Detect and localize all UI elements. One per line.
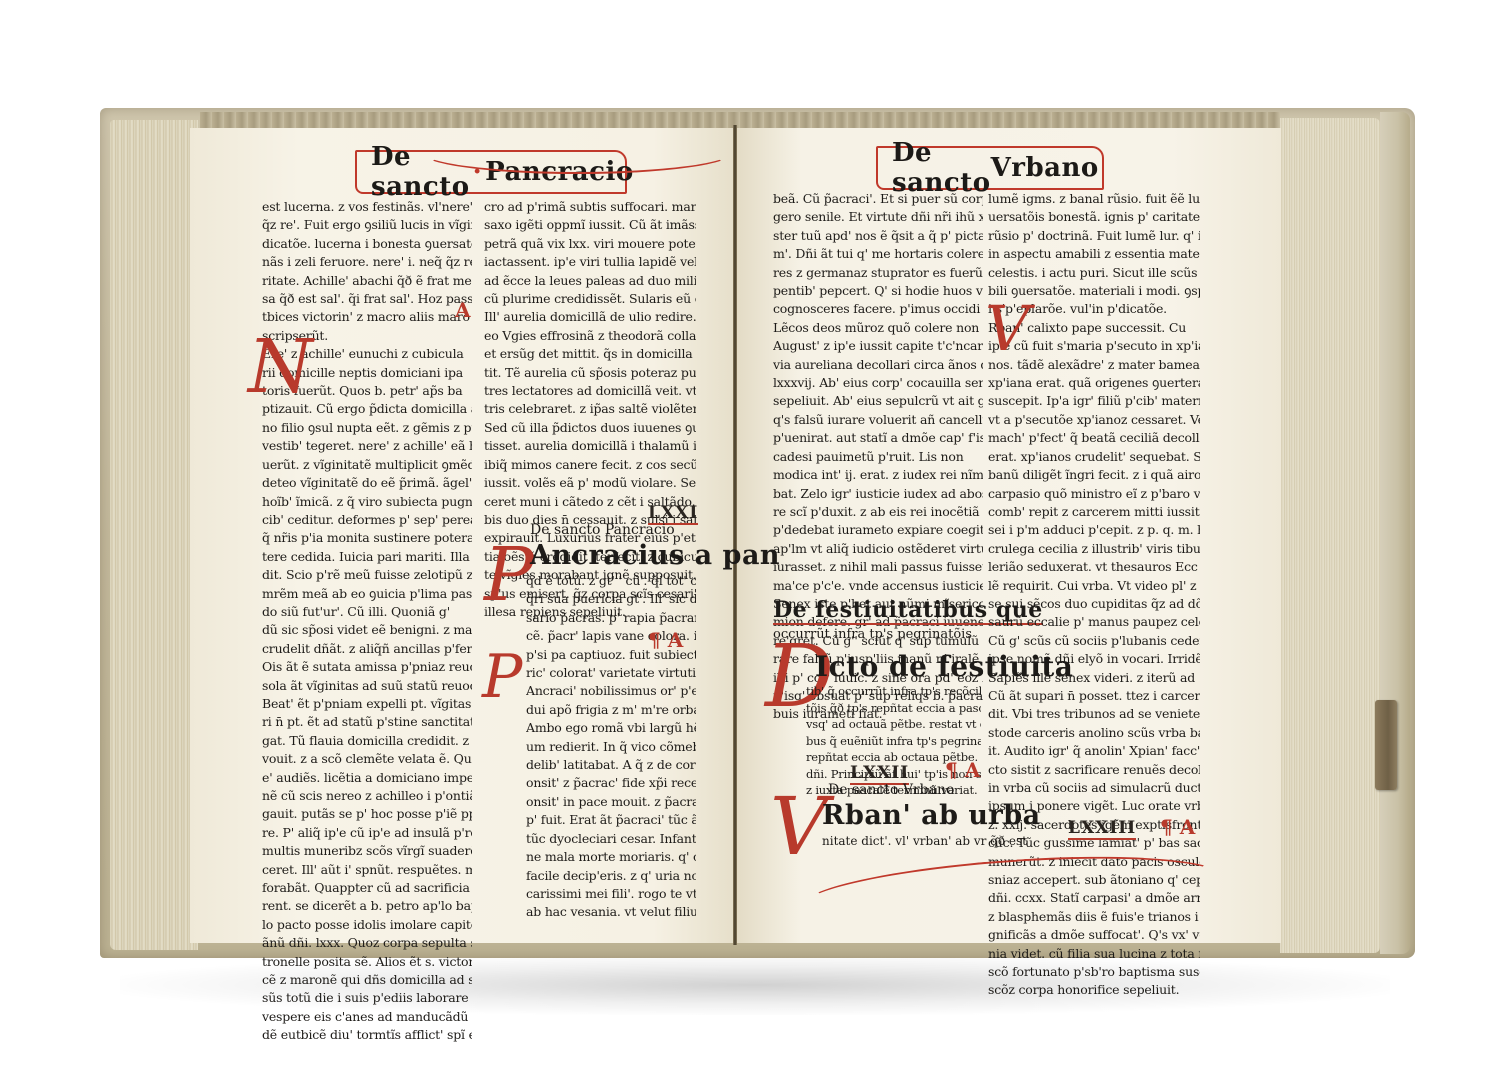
section-label-pancracio: De sancto Pancracio: [530, 522, 675, 538]
text-line: cognosceres facere. p'imus occidi iubere…: [773, 300, 983, 318]
text-line: um redierit. In q̃ vico cõmeb' papa cũ f…: [526, 738, 696, 756]
text-line: res z germanaz stuprator es fuerũt.: [773, 264, 983, 282]
text-line: dit. Vbi tres tribunos ad se venietes cũ…: [988, 705, 1200, 723]
paragraph-mark: A: [455, 298, 471, 322]
text-line: dit. Scio p'rẽ meũ fuisse zelotipũ z: [262, 566, 472, 584]
text-line: cadesi pauimetũ p'ruit. Lis non: [773, 448, 983, 466]
text-line: tronelle posita sẽ. Alios ẽt s. victorin…: [262, 953, 472, 971]
text-line: ab hac vesania. vt velut filium meum teb…: [526, 903, 696, 921]
text-line: bus q̃ euẽniũt infra tp's pegrinatõis. q…: [806, 733, 981, 750]
text-line: ipse nomẽ dñi elyõ in vocari. Irridẽt p'…: [988, 650, 1200, 668]
running-head-right: De sancto Vrbano: [876, 146, 1104, 190]
text-line: ãnũ dñi. lxxx. Quoz corpa sepulta sunt i…: [262, 934, 472, 952]
text-line: cẽ z maronẽ qui dñs domicilla ad sẽ habe…: [262, 971, 472, 989]
text-line: p' fuit. Erat ãt p̃acraci' tũc ãnoz xiii…: [526, 811, 696, 829]
text-line: comb' repit z carcerem mitti iussit. Ecc…: [988, 503, 1200, 521]
text-line: iactassent. ip'e viri tullia lapidẽ velu…: [484, 253, 696, 271]
text-line: dẽ eutbicẽ diu' tormtĩs afflict' spĩ emi…: [262, 1026, 472, 1044]
text-line: e' audiẽs. licẽtia a domiciano impetrata…: [262, 769, 472, 787]
text-line: carpasio quõ ministro eĩ z p'baro vrba d…: [988, 485, 1200, 503]
text-line: hoĩb' ĩmicã. z q̃ viro subiecta pugnis z…: [262, 493, 472, 511]
text-line: p'dedebat iurameto expiare coegit. rogãs: [773, 521, 983, 539]
text-line: sa q̃ð est sal'. q̃i frat sal'. Hoz pass…: [262, 290, 472, 308]
text-line: mrẽm meã ab eo ꝯuicia p'lima passã eẽ. H…: [262, 585, 472, 603]
text-line: Sed cũ illa p̃dictos duos iuuenes ꝯuer: [484, 419, 696, 437]
text-line: gauit. putãs se p' hoc posse p'iẽ pposit…: [262, 805, 472, 823]
text-line: ster tuũ apd' nos ẽ q̃sit a q̃ p' picta …: [773, 227, 983, 245]
text-line: tres lectatores ad domicillã veit. vt nu…: [484, 382, 696, 400]
text-line: Ancraci' nobilissimus or' p'entib': [526, 682, 696, 700]
text-line: pentib' pepcert. Q' si hodie huos vos tu…: [773, 282, 983, 300]
text-line: Ois ãt ẽ sutata amissa p'pniaz reuocari …: [262, 658, 472, 676]
text-line: it. Audito igr' q̃ anolin' Xpian' facc' …: [988, 742, 1200, 760]
text-line: stode carceris anolino scũs vrba baptiza…: [988, 724, 1200, 742]
text-line: uersatõis bonestã. ignis p' caritate suc…: [988, 208, 1200, 226]
text-line: crudelit dñãt. z aliq̃ñ ancillas p'ferũt…: [262, 640, 472, 658]
paragraph-mark: ¶ A: [945, 758, 980, 782]
text-line: banũ diligẽt ĩngri fecit. z i quã airo. …: [988, 466, 1200, 484]
text-line: vestib' tegeret. nere' z achille' eã h'd…: [262, 437, 472, 455]
text-line: ne mala morte moriaris. q' cum puer sis: [526, 848, 696, 866]
text-line: gnificãs a dmõe suffocat'. Q's vx' vero …: [988, 926, 1200, 944]
text-line: dui apõ frigia z m' m're orbat' ẽẽt: [526, 701, 696, 719]
text-line: lerião seduxerat. vt thesauros Ecc: [988, 558, 1200, 576]
text-line: Ill' aurelia domicillã de ulio redire. e…: [484, 308, 696, 326]
text-line: do siũ fut'ur'. Cũ illi. Quoniã g': [262, 603, 472, 621]
text-line: gero senile. Et virtute dñi nr̃i ihũ xp̃…: [773, 208, 983, 226]
rubricated-initial-v2: V: [985, 292, 1030, 366]
text-line: tib' q̃ occurrũt infra tp's recõcilia: [806, 683, 981, 700]
text-line: m'. Dñi ãt tui q' me hortaris colere. de…: [773, 245, 983, 263]
text-line: scõz corpa honorifice sepeliuit.: [988, 981, 1200, 999]
text-line: sola ãt vĩginitas ad suũ statũ reuocari …: [262, 677, 472, 695]
text-line: celestis. i actu puri. Sicut ille scũs f…: [988, 264, 1200, 282]
text-line: xp'iana erat. quã origenes ꝯuerterat ipe…: [988, 374, 1200, 392]
text-line: multis muneribz scõs vĩrgĩ suaderẽ itẽdi…: [262, 842, 472, 860]
text-line: se sui sẽcos duo cupiditas q̃z ad dõs. T…: [988, 595, 1200, 613]
text-line: August' z ip'e iussit capite t'c'ncari i…: [773, 337, 983, 355]
text-line: Cũ g' scũs cũ sociis p'lubanis cederẽt.: [988, 632, 1200, 650]
text-line: onsit' in pace mouit. z p̃acraci' capit'…: [526, 793, 696, 811]
text-line: rent. se dicerẽt a b. petro ap'lo baptiz…: [262, 897, 472, 915]
text-line: ritate. Achille' abachi q̃ð ẽ frat me'. …: [262, 272, 472, 290]
text-line: p'uenirat. aut statĩ a dmõe cap' f'isani…: [773, 429, 983, 447]
text-line: tõis q̃ð tp's repñtat eccia a pascha: [806, 700, 981, 717]
text-line: nẽ cũ scis nereo z achilleo i p'ontiã in…: [262, 787, 472, 805]
paragraph-mark: ¶ A: [1160, 815, 1195, 839]
text-line: tũc dyocleciari cesar. Infantule suadeo …: [526, 830, 696, 848]
text-line: cũ plurime credidissẽt. Sularis eũ occid…: [484, 290, 696, 308]
text-line: saurũ eccalie p' manus paupez celos ascẽ…: [988, 613, 1200, 631]
folio-number-lxxiii: LXXIII: [1068, 818, 1136, 840]
text-line: tit. Tẽ aurelia cũ sp̃osis poteraz puell…: [484, 364, 696, 382]
text-line: sario p̃acras. p' rapia p̃acranari. flag…: [526, 609, 696, 627]
text-line: sepeliuit. Ab' eius sepulcrũ vt ait greg…: [773, 392, 983, 410]
running-head-part1: De sancto: [892, 138, 991, 198]
text-line: Beat' ẽt p'pniam expelli pt. vĩgitas reu…: [262, 695, 472, 713]
text-line: nia videt. cũ filia sua lucina z tota fa…: [988, 945, 1200, 963]
text-line: re. P' aliq̃ ip'e cũ ip'e ad insulã p're…: [262, 824, 472, 842]
text-line: lo pacto posse idolis imolare capite ces…: [262, 916, 472, 934]
text-line: forabãt. Quappter cũ ad sacrificia ꝯpell…: [262, 879, 472, 897]
text-line: bat. Zelo igr' iusticie iudex ad abos ad…: [773, 485, 983, 503]
text-line: q̃z re'. Fuit ergo ꝯsiliũ lucis in vĩgin…: [262, 216, 472, 234]
text-line: facile decip'eris. z q' uria nobilis cõp…: [526, 867, 696, 885]
text-line: lumẽ igms. z banal rũsio. fuit ẽẽ lumẽ p…: [988, 190, 1200, 208]
text-line: delib' latitabat. A q̃ z de cornelio cũ …: [526, 756, 696, 774]
text-line: q̃d ẽ totũ. z gt' ' cũ'. q̃i tot' ciro g…: [526, 572, 696, 590]
right-board: [1380, 112, 1410, 954]
text-line: eo Vgies effrosinã z theodorã colla tãte…: [484, 327, 696, 345]
text-line: nãs i zeli feruore. nere' i. neq̃ q̃z re…: [262, 253, 472, 271]
text-line: Lẽcos deos mũroz quõ colere non erubesci…: [773, 319, 983, 337]
red-swash-flourish: [420, 130, 734, 174]
text-line: no filio ꝯsul nupta eẽt. z gẽmis z purpu…: [262, 419, 472, 437]
text-line: est lucerna. z vos festinãs. vl'nere' q̃…: [262, 198, 472, 216]
text-line: ap'lm vt aliq̃ iudicio ostẽderet virtuté…: [773, 540, 983, 558]
running-head-part2: Vrbano: [991, 153, 1099, 183]
text-line: q̃ nr̃is p'ia monita sustinere poterat o…: [262, 529, 472, 547]
text-line: suscepit. Ip'a igr' filiũ p'cib' materni…: [988, 392, 1200, 410]
text-line: in vrba cũ sociis ad simulacrũ duct' z c…: [988, 779, 1200, 797]
text-line: cro ad p'rimã subtis suffocari. maronẽ v…: [484, 198, 696, 216]
text-line: modica int' ij. erat. z iudex rei nĩme i…: [773, 466, 983, 484]
text-line: ibiq̃ mimos canere fecit. z cos secũ sal…: [484, 456, 696, 474]
text-line: vespere eis c'anes ad manducãdũ dabat. T…: [262, 1008, 472, 1026]
text-line: tris celebraret. z ip̃as saltẽ violẽter …: [484, 400, 696, 418]
text-line: ric' colorat' varietate virtuti.: [526, 664, 696, 682]
text-line: gat. Tũ flauia domicilla credidit. z vĩg…: [262, 732, 472, 750]
text-line: petrã quã vix lxx. viri mouere poterãt s…: [484, 235, 696, 253]
text-line: tisset. aurelia domicillã i thalamũ i tr…: [484, 437, 696, 455]
text-line: dũ sic sp̃osi videt eẽ benigni. z mariti…: [262, 621, 472, 639]
text-line: in aspectu amabili z essentia materiali.…: [988, 245, 1200, 263]
text-line: vsq' ad octauã pẽtbe. restat vt de festi…: [806, 716, 981, 733]
text-line: vouit. z a scõ clemẽte velata ẽ. Quõ spo…: [262, 750, 472, 768]
text-line: Cũ ãt supari n̄ posset. ttez i carcerẽ r…: [988, 687, 1200, 705]
text-line: erat. xp'ianos crudelit' sequebat. Sacrũ…: [988, 448, 1200, 466]
left-page-edges: [110, 120, 198, 950]
paragraph-mark: ¶ A: [648, 628, 683, 652]
text-line: lxxxvij. Ab' eius corp' cocauilla senatr…: [773, 374, 983, 392]
text-line: iussit. volẽs eã p' modũ violare. Sed cũ…: [484, 474, 696, 492]
text-line: beã. Cũ p̃acraci'. Et si puer sũ corpe. …: [773, 190, 983, 208]
text-line: cto sistit z sacrificare renuẽs decollat…: [988, 761, 1200, 779]
text-line: crulega cecilia z illustrib' viris tibur…: [988, 540, 1200, 558]
text-line: ipsum i ponere vigẽt. Luc orate vrba sim…: [988, 797, 1200, 815]
text-line: ri n̄ pt. ẽt ad statũ p'stine sanctitati…: [262, 713, 472, 731]
text-line: Ambo ego romã vbi largũ hẽbat p'rimoni: [526, 719, 696, 737]
text-line: sei i p'm adduci p'cepit. z p. q. m. ha.…: [988, 521, 1200, 539]
rubricated-initial-p2: P: [482, 640, 522, 714]
text-line: iurasset. z nihil mali passus fuisset. i…: [773, 558, 983, 576]
text-line: q's falsũ iurare voluerit añ cancellũ eĩ…: [773, 411, 983, 429]
right-page-edges: [1280, 118, 1380, 953]
clasp-strap: [1375, 700, 1397, 790]
text-line: ad ẽcce la leues paleas ad duo miliaria …: [484, 272, 696, 290]
headband: [200, 112, 1280, 128]
text-line: onsit' z p̃acrac' fide xp̃i recepisset. …: [526, 774, 696, 792]
gutter: [733, 125, 737, 945]
text-line: cib' ceditur. deformes p' sep' perearit.…: [262, 511, 472, 529]
text-line: ceret. Ill' aũt i' spnũt. respuẽtes. mag…: [262, 861, 472, 879]
text-line: sũs totũ die i suis p'ediis laborare fac…: [262, 989, 472, 1007]
text-line: saxo igẽti oppmĩ iussit. Cũ ãt imãssimũ: [484, 216, 696, 234]
text-line: deteo vĩginitatẽ do eẽ p̃rimã. ãgel' ger…: [262, 474, 472, 492]
text-line: tere cedida. Iuicia pari mariti. Illa at…: [262, 548, 472, 566]
text-line: dicatõe. lucerna i bonesta ꝯuersatõne. f…: [262, 235, 472, 253]
left-column-2-continued: q̃d ẽ totũ. z gt' ' cũ'. q̃i tot' ciro g…: [526, 572, 696, 922]
section-label-urbano: De sancto Vrbano: [828, 782, 954, 798]
rubricated-initial-n: N: [248, 330, 313, 404]
text-line: via aureliana decollari circa ãnos dñi. …: [773, 356, 983, 374]
text-line: uerũt. z vĩginitatẽ multiplicit ꝯmẽdauer…: [262, 456, 472, 474]
incipit-pancracius: Ancracius a pan: [530, 540, 780, 571]
text-line: q̃ri sua puericia gt'. Ill' sic dr' glo: [526, 590, 696, 608]
text-line: ma'ce p'c'e. vnde accensus iusticie excl…: [773, 577, 983, 595]
rubricated-initial-v: V: [770, 790, 828, 864]
text-line: rũsio p' doctrinã. Fuit lumẽ lur. q' i s…: [988, 227, 1200, 245]
text-line: Sapiẽs illẽ senex videri. z iterũ ad: [988, 669, 1200, 687]
text-line: lẽ requirit. Cui vrba. Vt video pl' z ad…: [988, 577, 1200, 595]
text-line: mach' p'fect' q̃ beatã ceciliã decollau: [988, 429, 1200, 447]
text-line: carissimi mei fili'. rogo te vt deme'ta: [526, 885, 696, 903]
text-line: et ersũg det mittit. q̃s in domicilla ad…: [484, 345, 696, 363]
text-line: re scĩ p'duxit. z ab eis rei inocẽtiã sũ…: [773, 503, 983, 521]
text-line: scõ fortunato p'sb'ro baptisma suscepit.…: [988, 963, 1200, 981]
text-line: vt a p'secutõe xp'ianoz cessaret. Verum …: [988, 411, 1200, 429]
